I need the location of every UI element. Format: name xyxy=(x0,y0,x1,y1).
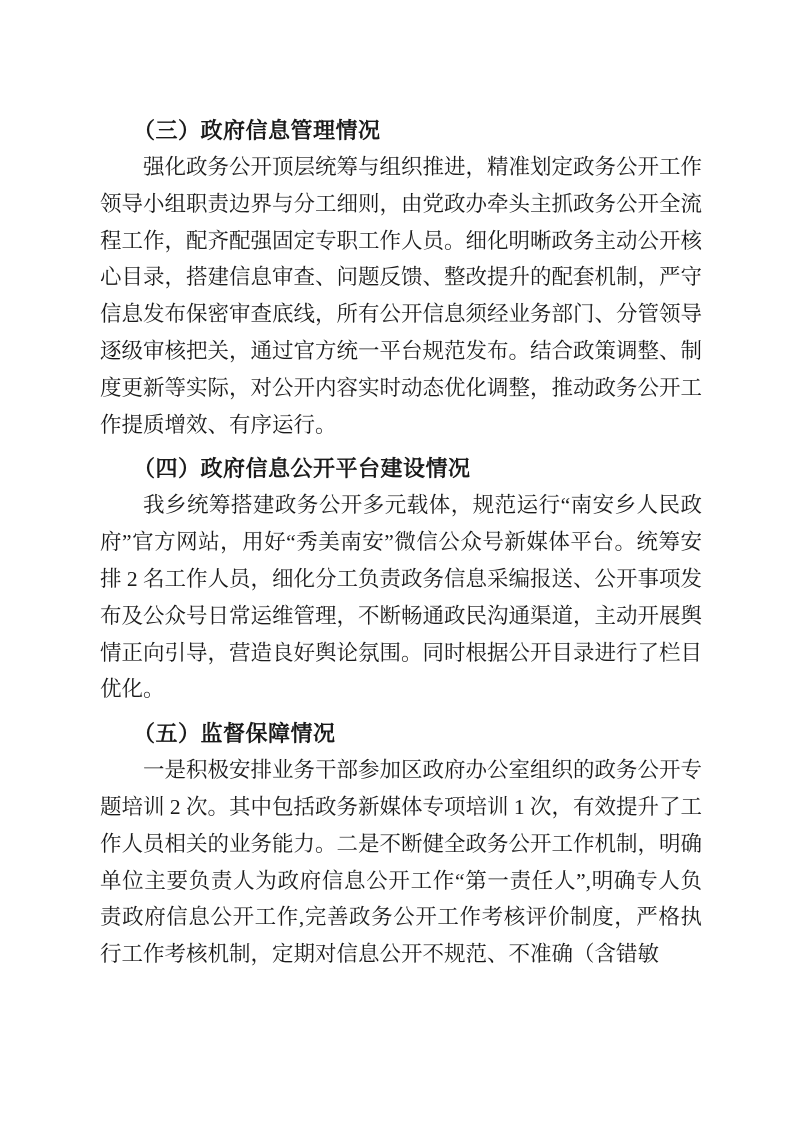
document-page: （三）政府信息管理情况 强化政务公开顶层统筹与组织推进，精准划定政务公开工作领导… xyxy=(0,0,793,1122)
paragraph-supervision-guarantee: 一是积极安排业务干部参加区政府办公室组织的政务公开专题培训 2 次。其中包括政务… xyxy=(100,752,702,973)
section-heading-disclosure-platform: （四）政府信息公开平台建设情况 xyxy=(100,450,702,487)
document-content: （三）政府信息管理情况 强化政务公开顶层统筹与组织推进，精准划定政务公开工作领导… xyxy=(100,112,702,973)
paragraph-government-info-management: 强化政务公开顶层统筹与组织推进，精准划定政务公开工作领导小组职责边界与分工细则，… xyxy=(100,149,702,443)
section-heading-supervision-guarantee: （五）监督保障情况 xyxy=(100,715,702,752)
section-heading-government-info-management: （三）政府信息管理情况 xyxy=(100,112,702,149)
paragraph-disclosure-platform: 我乡统筹搭建政务公开多元载体，规范运行“南安乡人民政府”官方网站，用好“秀美南安… xyxy=(100,487,702,708)
